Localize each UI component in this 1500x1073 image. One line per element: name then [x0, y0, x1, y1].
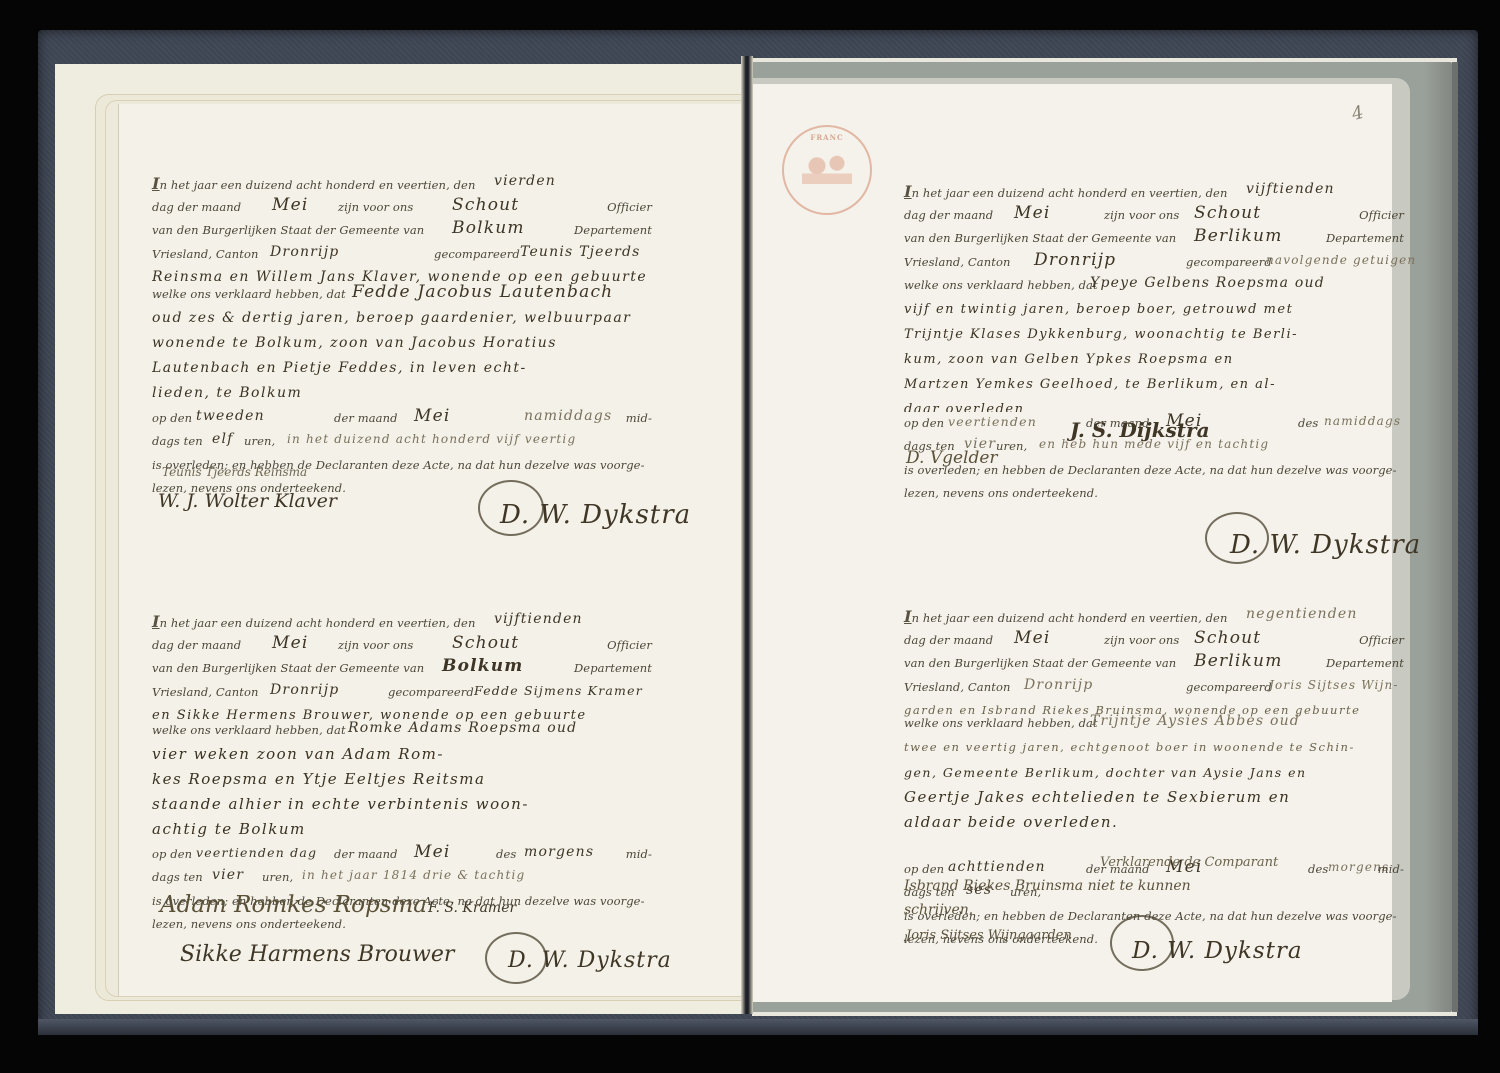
stamp-label: FRANC	[784, 133, 870, 142]
form-death-line: op den tweeden der maand Mei namiddags m…	[152, 407, 652, 431]
act-canton: Dronrijp	[270, 679, 339, 703]
act-deceased: Fedde Jacobus Lautenbach	[352, 281, 613, 305]
form-line-5: welke ons verklaard hebben, dat Fedde Ja…	[152, 283, 652, 307]
form-text: Vriesland, Canton	[152, 685, 259, 699]
act-canton: Dronrijp	[1024, 674, 1093, 698]
form-line-4: Vriesland, Canton Dronrijp gecompareerd …	[904, 676, 1404, 700]
form-text: mid-	[626, 843, 652, 867]
form-line-3: van den Burgerlijken Staat der Gemeente …	[152, 657, 652, 681]
form-text: van den Burgerlijken Staat der Gemeente …	[152, 661, 424, 675]
form-text: Officier	[1359, 204, 1404, 228]
act-death-month: Mei	[414, 405, 451, 429]
form-line-4: Vriesland, Canton Dronrijp gecompareerd …	[152, 243, 652, 267]
form-text: Departement	[1326, 652, 1404, 676]
form-text: Departement	[1326, 227, 1404, 251]
form-text: op den	[904, 862, 944, 876]
form-closing-2: lezen, nevens ons onderteekend.	[904, 482, 1404, 506]
act-officer: Schout	[1194, 202, 1261, 226]
act-day: vijftienden	[1246, 178, 1335, 202]
act-canton: Dronrijp	[1034, 249, 1116, 273]
handwritten-line: vier weken zoon van Adam Rom-	[152, 743, 652, 768]
act-canton: Dronrijp	[270, 241, 339, 265]
handwritten-line: Geertje Jakes echtelieden te Sexbierum e…	[904, 786, 1404, 811]
handwritten-line: kes Roepsma en Ytje Eeltjes Reitsma	[152, 768, 652, 793]
form-text: gecompareerd	[1186, 251, 1272, 275]
witness-signature: Sikke Harmens Brouwer	[180, 942, 454, 967]
official-signature: D. W. Dykstra	[1230, 530, 1421, 560]
tax-stamp: FRANC	[782, 125, 872, 215]
act-declarants: navolgende getuigen	[1266, 249, 1416, 273]
form-line-1: In het jaar een duizend acht honderd en …	[904, 605, 1404, 629]
witness-signature: Teunis Tjeerds Reinsma	[162, 465, 307, 479]
form-text: dags ten	[152, 870, 203, 884]
handwritten-line: oud zes & dertig jaren, beroep gaardenie…	[152, 307, 652, 332]
handwritten-line: lieden, te Bolkum	[152, 382, 652, 407]
act-gemeente: Berlikum	[1194, 225, 1283, 249]
form-text: der maand	[334, 843, 398, 867]
form-line-3: van den Burgerlijken Staat der Gemeente …	[152, 219, 652, 243]
form-text: Vriesland, Canton	[152, 247, 259, 261]
act-gemeente: Bolkum	[442, 655, 524, 679]
form-text: van den Burgerlijken Staat der Gemeente …	[904, 231, 1176, 245]
form-text: des	[1308, 858, 1328, 882]
death-record-act: In het jaar een duizend acht honderd en …	[904, 605, 1404, 952]
form-text: der maand	[334, 407, 398, 431]
act-hour-note: in het jaar 1814 drie & tachtig	[302, 864, 525, 888]
form-text: gecompareerd	[434, 243, 520, 267]
form-text: mid-	[626, 407, 652, 431]
drop-initial: I	[152, 612, 160, 631]
form-line-5: welke ons verklaard hebben, dat Trijntje…	[904, 712, 1404, 736]
form-text: op den	[152, 847, 192, 861]
form-line-3: van den Burgerlijken Staat der Gemeente …	[904, 227, 1404, 251]
form-text: van den Burgerlijken Staat der Gemeente …	[904, 656, 1176, 670]
act-gemeente: Bolkum	[452, 217, 525, 241]
form-text: dags ten	[152, 434, 203, 448]
act-death-hour: elf	[212, 428, 234, 452]
handwritten-line: vijf en twintig jaren, beroep boer, getr…	[904, 298, 1404, 323]
act-hour-note: in het duizend acht honderd vijf veertig	[287, 428, 576, 452]
form-text: dag der maand	[152, 638, 241, 652]
witness-signature: F. S. Kramer	[428, 900, 516, 916]
act-death-day: veertienden dag	[196, 841, 317, 865]
form-text: n het jaar een duizend acht honderd en v…	[160, 178, 476, 192]
act-day: vierden	[494, 170, 556, 194]
handwritten-line: aldaar beide overleden.	[904, 811, 1404, 836]
handwritten-line: achtig te Bolkum	[152, 818, 652, 843]
declaration-note: Isbrand Riekes Bruinsma niet te kunnen	[904, 878, 1191, 894]
act-gemeente: Berlikum	[1194, 650, 1283, 674]
handwritten-line: staande alhier in echte verbintenis woon…	[152, 793, 652, 818]
form-text: Vriesland, Canton	[904, 255, 1011, 269]
act-day: vijftienden	[494, 608, 583, 632]
witness-signature: Adam Romkes Ropsma	[160, 892, 427, 918]
form-text: op den	[904, 416, 944, 430]
act-day: negentienden	[1246, 603, 1358, 627]
form-hour-line: dags ten vier uren, in het jaar 1814 dri…	[152, 866, 652, 890]
form-text: uren,	[996, 435, 1027, 459]
handwritten-line: Martzen Yemkes Geelhoed, te Berlikum, en…	[904, 373, 1404, 398]
form-text: mid-	[1378, 858, 1404, 882]
act-declarants: Teunis Tjeerds	[520, 241, 641, 265]
form-text: zijn voor ons	[338, 634, 413, 658]
form-text: welke ons verklaard hebben, dat	[152, 723, 346, 737]
form-text: des	[1298, 412, 1318, 436]
act-deceased: Ypeye Gelbens Roepsma oud	[1090, 272, 1325, 296]
right-page-edge-shadow	[1452, 62, 1458, 1012]
handwritten-line: Trijntje Klases Dykkenburg, woonachtig t…	[904, 323, 1404, 348]
act-death-month: Mei	[414, 841, 451, 865]
death-record-act: In het jaar een duizend acht honderd en …	[152, 172, 652, 501]
book-gutter	[741, 56, 753, 1014]
form-text: gecompareerd	[1186, 676, 1272, 700]
form-line-1: In het jaar een duizend acht honderd en …	[152, 172, 652, 196]
form-text: n het jaar een duizend acht honderd en v…	[912, 611, 1228, 625]
form-line-5: welke ons verklaard hebben, dat Ypeye Ge…	[904, 274, 1404, 298]
handwritten-line: twee en veertig jaren, echtgenoot boer i…	[904, 736, 1404, 761]
form-line-1: In het jaar een duizend acht honderd en …	[152, 610, 652, 634]
act-officer: Schout	[1194, 627, 1261, 651]
form-line-2: dag der maand Mei zijn voor ons Schout O…	[904, 204, 1404, 228]
act-deceased: Trijntje Aysies Abbes oud	[1090, 710, 1300, 734]
act-death-day: veertienden	[948, 410, 1037, 434]
handwritten-line: kum, zoon van Gelben Ypkes Roepsma en	[904, 348, 1404, 373]
death-record-act: In het jaar een duizend acht honderd en …	[152, 610, 652, 937]
drop-initial: I	[904, 607, 912, 626]
witness-signature: J. S. Dijkstra	[1070, 418, 1210, 442]
form-text: op den	[152, 411, 192, 425]
form-text: Departement	[574, 657, 652, 681]
act-month: Mei	[272, 194, 309, 218]
official-signature: D. W. Dykstra	[508, 948, 672, 973]
act-officer: Schout	[452, 632, 519, 656]
act-death-day: achttienden	[948, 856, 1046, 880]
handwritten-line: gen, Gemeente Berlikum, dochter van Aysi…	[904, 761, 1404, 786]
form-text: welke ons verklaard hebben, dat	[904, 716, 1098, 730]
form-text: n het jaar een duizend acht honderd en v…	[912, 186, 1228, 200]
form-line-2: dag der maand Mei zijn voor ons Schout O…	[152, 196, 652, 220]
act-declarants: Fedde Sijmens Kramer	[474, 679, 643, 703]
witness-signature: Joris Sijtses Wijngaarden	[906, 928, 1072, 943]
form-text: dag der maand	[152, 200, 241, 214]
witness-signature: W. J. Wolter Klaver	[158, 490, 337, 512]
act-time-of-day: namiddags	[1324, 410, 1401, 434]
act-death-hour: vier	[212, 864, 244, 888]
form-line-5: welke ons verklaard hebben, dat Romke Ad…	[152, 719, 652, 743]
form-line-3: van den Burgerlijken Staat der Gemeente …	[904, 652, 1404, 676]
form-text: n het jaar een duizend acht honderd en v…	[160, 616, 476, 630]
act-officer: Schout	[452, 194, 519, 218]
declaration-note: Verklarende de Comparant	[1100, 855, 1278, 870]
form-text: Vriesland, Canton	[904, 680, 1011, 694]
drop-initial: I	[904, 182, 912, 201]
form-line-2: dag der maand Mei zijn voor ons Schout O…	[904, 629, 1404, 653]
stamp-emblem-icon	[802, 145, 852, 197]
form-text: welke ons verklaard hebben, dat	[904, 278, 1098, 292]
form-text: dag der maand	[904, 208, 993, 222]
form-text: van den Burgerlijken Staat der Gemeente …	[152, 223, 424, 237]
act-month: Mei	[272, 632, 309, 656]
form-hour-line: dags ten elf uren, in het duizend acht h…	[152, 430, 652, 454]
form-text: Officier	[607, 634, 652, 658]
form-text: dag der maand	[904, 633, 993, 647]
form-text: Officier	[1359, 629, 1404, 653]
act-death-day: tweeden	[196, 405, 265, 429]
official-signature: D. W. Dykstra	[500, 500, 691, 530]
witness-signature: D. Vgelder	[906, 448, 998, 468]
drop-initial: I	[152, 174, 160, 193]
form-text: uren,	[262, 866, 293, 890]
handwritten-line: Lautenbach en Pietje Feddes, in leven ec…	[152, 357, 652, 382]
form-line-4: Vriesland, Canton Dronrijp gecompareerd …	[152, 681, 652, 705]
form-text: zijn voor ons	[1104, 204, 1179, 228]
act-month: Mei	[1014, 202, 1051, 226]
form-line-2: dag der maand Mei zijn voor ons Schout O…	[152, 634, 652, 658]
cover-frayed-edge	[38, 1019, 1478, 1035]
form-text: des	[496, 843, 516, 867]
act-declarants: Joris Sijtses Wijn-	[1269, 674, 1399, 698]
official-signature: D. W. Dykstra	[1132, 938, 1303, 964]
form-text: Departement	[574, 219, 652, 243]
act-month: Mei	[1014, 627, 1051, 651]
form-text: Officier	[607, 196, 652, 220]
form-text: welke ons verklaard hebben, dat	[152, 287, 346, 301]
form-line-4: Vriesland, Canton Dronrijp gecompareerd …	[904, 251, 1404, 275]
handwritten-line: wonende te Bolkum, zoon van Jacobus Hora…	[152, 332, 652, 357]
form-death-line: op den veertienden dag der maand Mei des…	[152, 843, 652, 867]
act-time-of-day: morgens	[524, 841, 594, 865]
form-text: uren,	[244, 430, 275, 454]
form-text: zijn voor ons	[1104, 629, 1179, 653]
act-time-of-day: namiddags	[524, 405, 612, 429]
act-deceased: Romke Adams Roepsma oud	[348, 717, 577, 741]
form-text: zijn voor ons	[338, 196, 413, 220]
form-text: gecompareerd	[388, 681, 474, 705]
declaration-note: schrijven.	[904, 902, 973, 918]
form-line-1: In het jaar een duizend acht honderd en …	[904, 180, 1404, 204]
